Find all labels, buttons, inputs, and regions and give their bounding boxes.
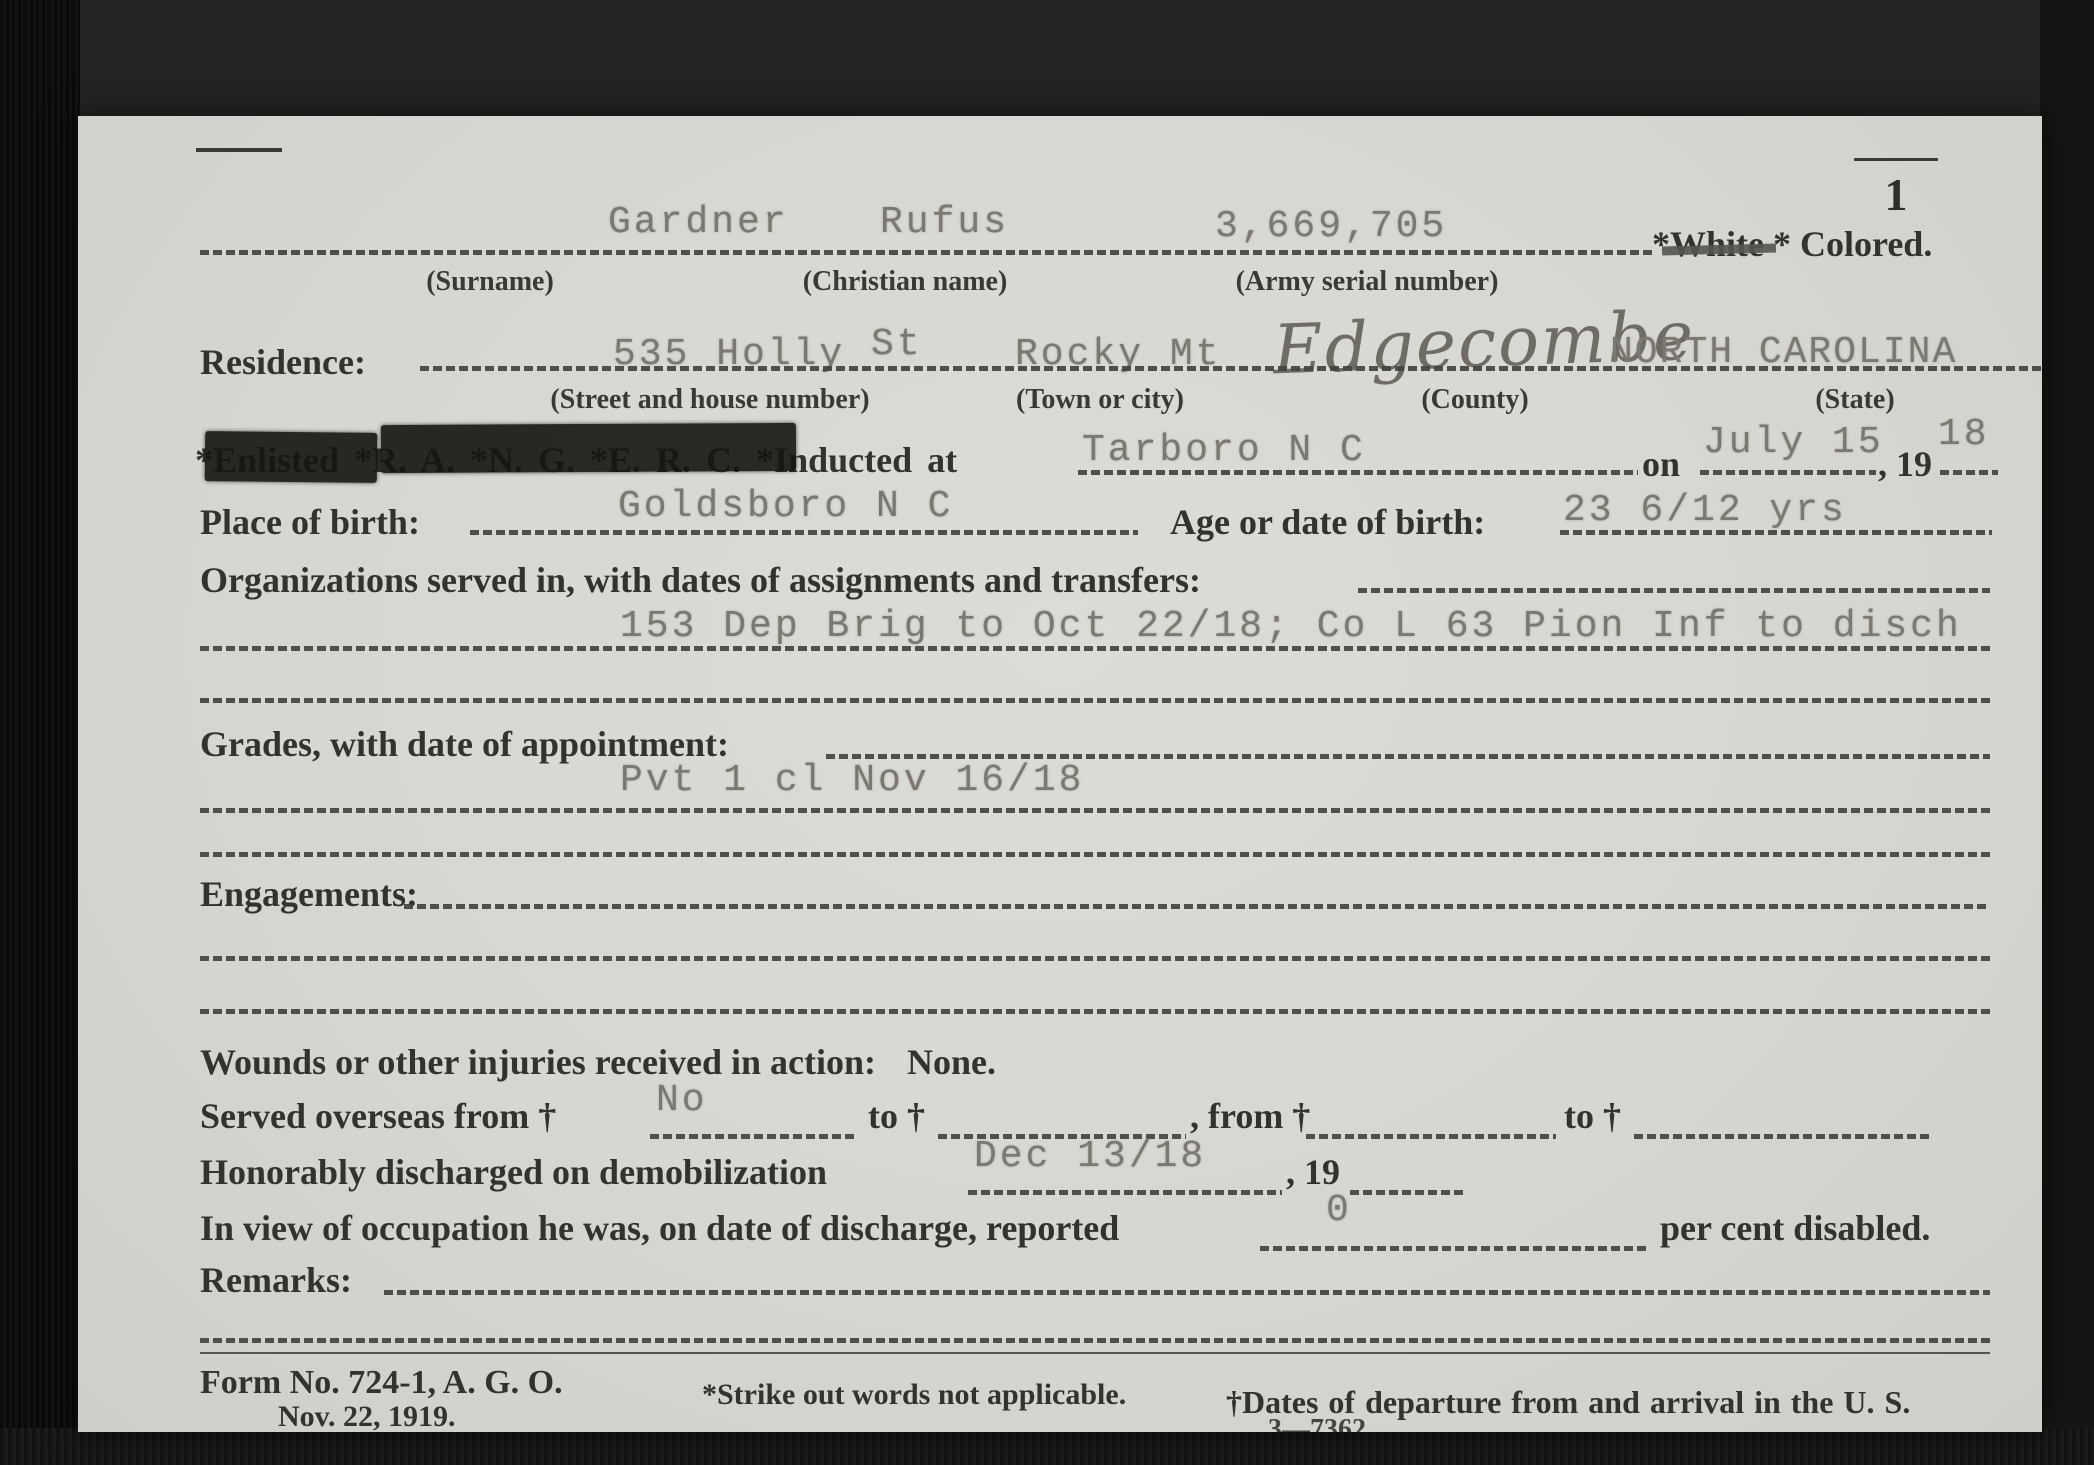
race-asterisk: * — [1652, 224, 1670, 264]
surname-label: (Surname) — [426, 268, 554, 296]
discharge-year-label: , 19 — [1286, 1154, 1340, 1190]
age-rule — [1560, 530, 1992, 535]
page-number: 1 — [1854, 168, 1938, 221]
inducted-place-rule — [1078, 470, 1638, 475]
induction-date-rule — [1700, 470, 1876, 475]
wounds-value: None. — [907, 1042, 996, 1082]
birth-place-label: Place of birth: — [200, 504, 420, 540]
age-label: Age or date of birth: — [1170, 504, 1485, 540]
disability-value: 0 — [1326, 1192, 1352, 1230]
organizations-rule-2 — [200, 698, 1990, 703]
grades-label: Grades, with date of appointment: — [200, 726, 729, 762]
wounds-label: Wounds or other injuries received in act… — [200, 1042, 876, 1082]
blackout-bar-1 — [205, 431, 378, 483]
street-suffix: St — [871, 323, 923, 366]
form-date: Nov. 22, 1919. — [278, 1402, 456, 1432]
remarks-rule-2 — [200, 1338, 1990, 1343]
form-number: Form No. 724-1, A. G. O. — [200, 1366, 563, 1400]
remarks-label: Remarks: — [200, 1262, 352, 1298]
service-record-card: 1 Gardner Rufus 3,669,705 *White * Color… — [78, 116, 2042, 1432]
overseas-rule-3 — [1306, 1134, 1556, 1139]
scan-bottom-edge — [0, 1428, 2094, 1465]
print-code: 3—7362 — [1268, 1414, 1366, 1432]
grades-entry: Pvt 1 cl Nov 16/18 — [620, 762, 1084, 800]
county-label: (County) — [1421, 386, 1528, 414]
serial-number-value: 3,669,705 — [1215, 208, 1447, 246]
footer-divider-line — [200, 1352, 1990, 1354]
overseas-from2-label: , from † — [1190, 1098, 1310, 1134]
race-line: *White * Colored. — [1652, 226, 1932, 262]
birth-place-value: Goldsboro N C — [618, 488, 953, 526]
engagements-rule-1 — [404, 904, 1990, 909]
surname-value: Gardner — [608, 204, 789, 242]
discharge-year-rule — [1350, 1190, 1464, 1195]
disability-label: In view of occupation he was, on date of… — [200, 1210, 1119, 1246]
race-colored: * Colored. — [1773, 224, 1932, 264]
scan-left-edge — [0, 0, 80, 1465]
engagements-rule-3 — [200, 1009, 1990, 1014]
scan-right-edge — [2040, 0, 2094, 1465]
street-label: (Street and house number) — [550, 386, 869, 414]
top-left-tick — [196, 148, 282, 152]
grades-rule-2 — [200, 852, 1990, 857]
organizations-label: Organizations served in, with dates of a… — [200, 562, 1201, 598]
overseas-from1-label: Served overseas from † — [200, 1098, 556, 1134]
discharge-label: Honorably discharged on demobilization — [200, 1154, 827, 1190]
discharge-date-rule — [968, 1190, 1282, 1195]
organizations-label-rule — [1358, 588, 1990, 593]
overseas-rule-4 — [1634, 1134, 1932, 1139]
overseas-to1-label: to † — [868, 1098, 925, 1134]
age-value: 23 6/12 yrs — [1563, 492, 1847, 530]
disability-rule — [1260, 1246, 1648, 1251]
year-19-label: , 19 — [1878, 446, 1932, 482]
town-label: (Town or city) — [1016, 386, 1184, 414]
name-row-rule — [200, 250, 1652, 255]
race-white-struck: White — [1670, 226, 1764, 262]
induction-year-value: 18 — [1938, 416, 1990, 454]
inducted-place-value: Tarboro N C — [1082, 432, 1366, 470]
birth-place-rule — [470, 530, 1138, 535]
induction-year-rule — [1940, 470, 1998, 475]
page-number-overline — [1854, 158, 1938, 161]
state-label: (State) — [1815, 386, 1894, 414]
overseas-from1-value: No — [656, 1082, 708, 1120]
scanned-document: 1 Gardner Rufus 3,669,705 *White * Color… — [0, 0, 2094, 1465]
christian-name-value: Rufus — [880, 204, 1009, 242]
on-label: on — [1642, 446, 1680, 482]
induction-date-value: July 15 — [1703, 424, 1884, 462]
footer-strike-note: *Strike out words not applicable. — [702, 1380, 1126, 1410]
wounds-line: Wounds or other injuries received in act… — [200, 1044, 996, 1080]
discharge-date-value: Dec 13/18 — [974, 1138, 1206, 1176]
engagements-rule-2 — [200, 956, 1990, 961]
grades-rule-1 — [200, 808, 1990, 813]
overseas-rule-1 — [650, 1134, 856, 1139]
organizations-entry: 153 Dep Brig to Oct 22/18; Co L 63 Pion … — [620, 608, 1962, 646]
christian-name-label: (Christian name) — [803, 268, 1008, 296]
overseas-to2-label: to † — [1564, 1098, 1621, 1134]
residence-label: Residence: — [200, 344, 366, 380]
engagements-label: Engagements: — [200, 876, 418, 912]
remarks-rule-1 — [384, 1290, 1990, 1295]
disability-suffix: per cent disabled. — [1660, 1210, 1930, 1246]
residence-rule — [420, 366, 2042, 371]
serial-number-label: (Army serial number) — [1236, 268, 1499, 296]
blackout-bar-2 — [381, 423, 796, 473]
organizations-rule-1 — [200, 646, 1990, 651]
